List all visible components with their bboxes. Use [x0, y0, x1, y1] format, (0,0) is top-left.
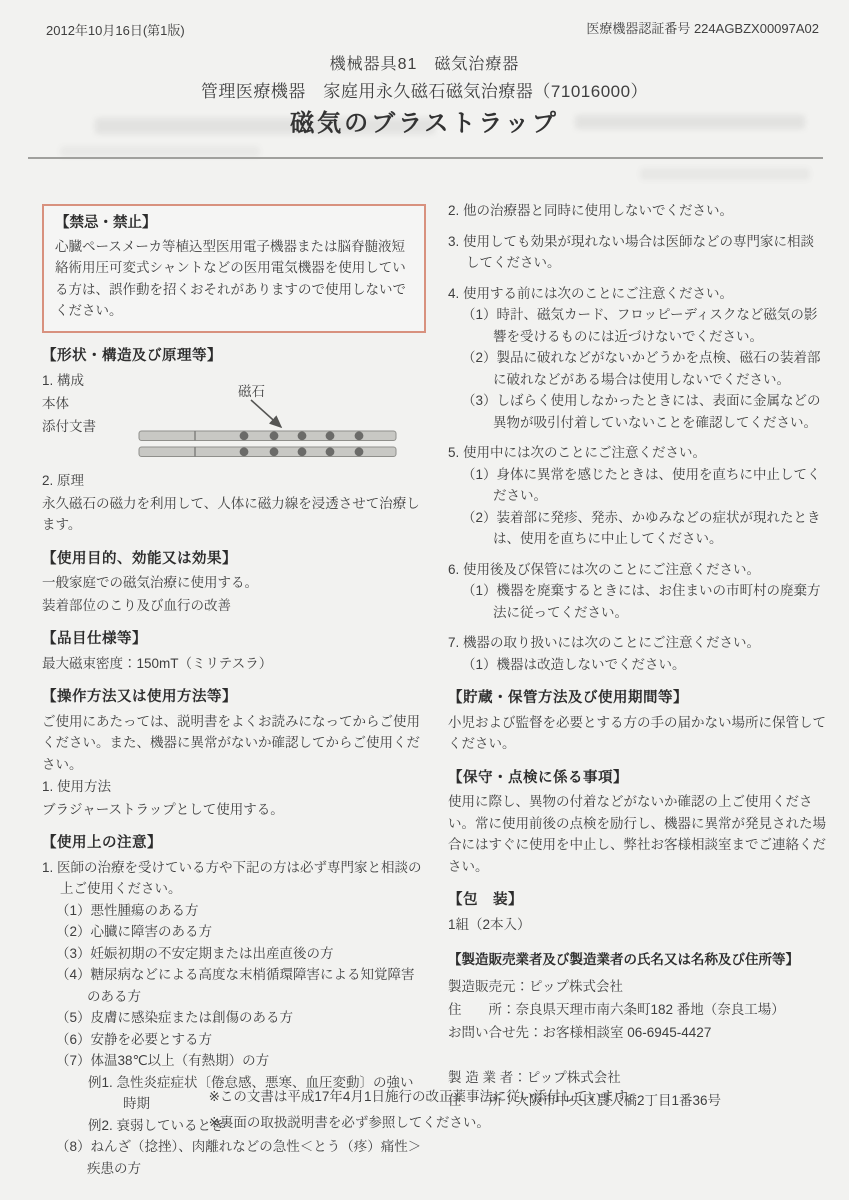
contraindication-body: 心臓ペースメーカ等植込型医用電子機器または脳脊髄液短絡術用圧可変式シャントなどの… [55, 236, 413, 322]
caution-subitem: （1）悪性腫瘍のある方 [56, 900, 426, 922]
manufacturer-line: 製造販売元：ピップ株式会社 [448, 975, 826, 998]
contraindication-heading: 【禁忌・禁止】 [55, 213, 413, 235]
strap-diagram: 磁石 [138, 383, 406, 465]
caution-item: 2. 他の治療器と同時に使用しないでください。 [448, 200, 826, 222]
principle-heading: 2. 原理 [42, 470, 426, 492]
caution-subitem: （1）機器を廃棄するときには、お住まいの市町村の廃棄方法に従ってください。 [462, 580, 826, 623]
caution-subitem: （3）妊娠初期の不安定期または出産直後の方 [56, 943, 426, 965]
scan-artifact [640, 168, 810, 180]
purpose-line: 一般家庭での磁気治療に使用する。 [42, 572, 426, 594]
section-heading-package: 【包 装】 [448, 890, 826, 912]
section-heading-caution: 【使用上の注意】 [42, 833, 426, 855]
caution-item: 7. 機器の取り扱いには次のことにご注意ください。 [448, 632, 826, 654]
caution-item: 6. 使用後及び保管には次のことにご注意ください。 [448, 559, 826, 581]
caution-subitem: （6）安静を必要とする方 [56, 1029, 426, 1051]
storage-body: 小児および監督を必要とする方の手の届かない場所に保管してください。 [448, 712, 826, 755]
contraindication-box: 【禁忌・禁止】 心臓ペースメーカ等植込型医用電子機器または脳脊髄液短絡術用圧可変… [42, 204, 426, 333]
section-heading-manufacturer: 【製造販売業者及び製造業者の氏名又は名称及び住所等】 [448, 949, 826, 971]
caution-item: 1. 医師の治療を受けている方や下記の方は必ず専門家と相談の上ご使用ください。 [42, 857, 426, 900]
section-heading-purpose: 【使用目的、効能又は効果】 [42, 549, 426, 571]
section-heading-shape: 【形状・構造及び原理等】 [42, 346, 426, 368]
section-heading-storage: 【貯蔵・保管方法及び使用期間等】 [448, 688, 826, 710]
principle-body: 永久磁石の磁力を利用して、人体に磁力線を浸透させて治療します。 [42, 493, 426, 536]
caution-subitem: （2）製品に破れなどがないかどうかを点検、磁石の装着部に破れなどがある場合は使用… [462, 347, 826, 390]
manufacturer-line: お問い合せ先：お客様相談室 06-6945-4427 [448, 1021, 826, 1044]
horizontal-rule [28, 157, 823, 159]
device-classification: 管理医療機器 家庭用永久磁石磁気治療器（71016000） [0, 81, 849, 103]
composition-diagram: 1. 構成 本体 添付文書 磁石 [42, 369, 426, 469]
caution-subitem: （3）しばらく使用しなかったときには、表面に金属などの異物が吸引付着していないこ… [462, 390, 826, 433]
section-heading-maintenance: 【保守・点検に係る事項】 [448, 768, 826, 790]
footer-notes: ※この文書は平成17年4月1日施行の改正薬事法に従い添付しています。 ※裏面の取… [0, 1084, 849, 1136]
caution-subitem: （1）機器は改造しないでください。 [462, 654, 826, 676]
footer-note: ※この文書は平成17年4月1日施行の改正薬事法に従い添付しています。 [209, 1084, 641, 1110]
section-heading-spec: 【品目仕様等】 [42, 629, 426, 651]
left-column: 【禁忌・禁止】 心臓ペースメーカ等植込型医用電子機器または脳脊髄液短絡術用圧可変… [42, 198, 426, 1179]
certification-number: 医療機器認証番号 224AGBZX00097A02 [586, 18, 819, 40]
caution-subitem: （1）時計、磁気カード、フロッピーディスクなど磁気の影響を受けるものには近づけな… [462, 304, 826, 347]
caution-item: 4. 使用する前には次のことにご注意ください。 [448, 283, 826, 305]
usage-body: ご使用にあたっては、説明書をよくお読みになってからご使用ください。また、機器に異… [42, 711, 426, 776]
title-block: 機械器具81 磁気治療器 管理医療機器 家庭用永久磁石磁気治療器（7101600… [0, 54, 849, 135]
maintenance-body: 使用に際し、異物の付着などがないか確認の上ご使用ください。常に使用前後の点検を励… [448, 791, 826, 877]
right-column: 2. 他の治療器と同時に使用しないでください。 3. 使用しても効果が現れない場… [448, 200, 826, 1112]
spec-line: 最大磁束密度：150mT（ミリテスラ） [42, 653, 426, 675]
usage-method-heading: 1. 使用方法 [42, 776, 426, 798]
caution-subitem: （4）糖尿病などによる高度な末梢循環障害による知覚障害のある方 [56, 964, 426, 1007]
document-date: 2012年10月16日(第1版) [46, 20, 185, 42]
device-category: 機械器具81 磁気治療器 [0, 54, 849, 76]
magnet-arrow [251, 400, 281, 427]
usage-method-body: ブラジャーストラップとして使用する。 [42, 799, 426, 821]
package-body: 1組（2本入） [448, 914, 826, 936]
magnet-label: 磁石 [238, 384, 265, 399]
caution-subitem: （1）身体に異常を感じたときは、使用を直ちに中止してください。 [462, 464, 826, 507]
caution-item: 5. 使用中には次のことにご注意ください。 [448, 442, 826, 464]
footer-note: ※裏面の取扱説明書を必ず参照してください。 [209, 1110, 641, 1136]
caution-subitem: （2）装着部に発疹、発赤、かゆみなどの症状が現れたときは、使用を直ちに中止してく… [462, 507, 826, 550]
caution-subitem: （7）体温38℃以上（有熱期）の方 [56, 1050, 426, 1072]
manufacturer-line: 住 所：奈良県天理市南六条町182 番地（奈良工場） [448, 998, 826, 1021]
caution-subitem: （5）皮膚に感染症または創傷のある方 [56, 1007, 426, 1029]
package-insert-page: 2012年10月16日(第1版) 医療機器認証番号 224AGBZX00097A… [0, 0, 849, 1200]
product-name: 磁気のブラストラップ [0, 113, 849, 135]
scan-artifact [60, 146, 260, 157]
caution-item: 3. 使用しても効果が現れない場合は医師などの専門家に相談してください。 [448, 231, 826, 274]
caution-subitem: （8）ねんざ（捻挫）、肉離れなどの急性＜とう（疼）痛性＞疾患の方 [56, 1136, 426, 1179]
purpose-line: 装着部位のこり及び血行の改善 [42, 595, 426, 617]
section-heading-usage: 【操作方法又は使用方法等】 [42, 687, 426, 709]
caution-subitem: （2）心臓に障害のある方 [56, 921, 426, 943]
